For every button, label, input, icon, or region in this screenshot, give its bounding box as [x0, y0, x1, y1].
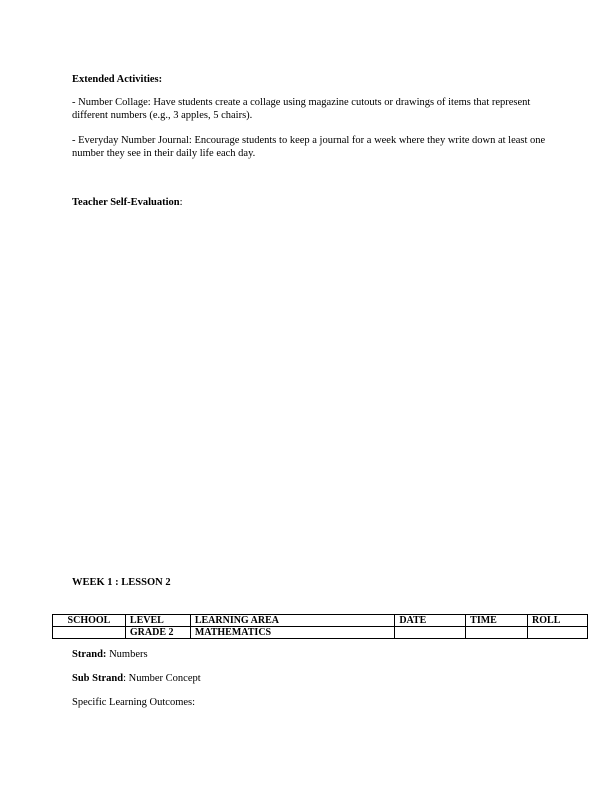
- extended-activities-heading: Extended Activities:: [72, 74, 162, 87]
- teacher-self-evaluation-colon: :: [180, 197, 183, 208]
- strand-line: Strand: Numbers: [72, 649, 148, 662]
- header-time: TIME: [466, 615, 528, 627]
- sub-strand-label: Sub Strand: [72, 673, 123, 684]
- header-roll: ROLL: [528, 615, 588, 627]
- extended-activity-item: - Everyday Number Journal: Encourage stu…: [72, 135, 562, 160]
- cell-date: [395, 627, 466, 639]
- sub-strand-value: : Number Concept: [123, 673, 201, 684]
- header-school: SCHOOL: [53, 615, 126, 627]
- teacher-self-evaluation-heading: Teacher Self-Evaluation:: [72, 197, 183, 210]
- extended-activity-item: - Number Collage: Have students create a…: [72, 97, 562, 122]
- cell-time: [466, 627, 528, 639]
- cell-school: [53, 627, 126, 639]
- teacher-self-evaluation-label: Teacher Self-Evaluation: [72, 197, 180, 208]
- week-lesson-heading: WEEK 1 : LESSON 2: [72, 577, 171, 590]
- cell-learning-area: MATHEMATICS: [190, 627, 395, 639]
- lesson-info-table: SCHOOL LEVEL LEARNING AREA DATE TIME ROL…: [52, 614, 588, 639]
- header-date: DATE: [395, 615, 466, 627]
- strand-label: Strand:: [72, 649, 106, 660]
- strand-value: Numbers: [106, 649, 147, 660]
- table-row: GRADE 2 MATHEMATICS: [53, 627, 588, 639]
- cell-roll: [528, 627, 588, 639]
- cell-level: GRADE 2: [125, 627, 190, 639]
- specific-learning-outcomes-heading: Specific Learning Outcomes:: [72, 697, 195, 710]
- header-level: LEVEL: [125, 615, 190, 627]
- sub-strand-line: Sub Strand: Number Concept: [72, 673, 201, 686]
- table-header-row: SCHOOL LEVEL LEARNING AREA DATE TIME ROL…: [53, 615, 588, 627]
- header-learning-area: LEARNING AREA: [190, 615, 395, 627]
